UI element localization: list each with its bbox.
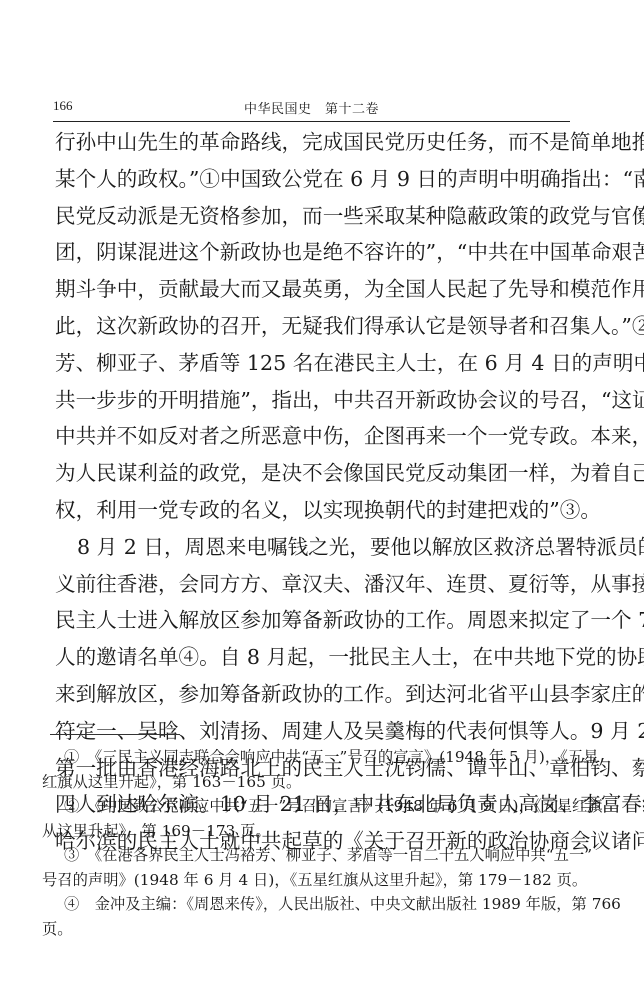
footnote-line: 页。	[42, 917, 572, 942]
footnote-line: ① 《三民主义同志联合会响应中共“五一”号召的宣言》(1948 年 5 月)，《…	[42, 745, 572, 770]
body-line: 共一步步的开明措施”，指出，中共召开新政协会议的号召，“这证明了	[55, 382, 572, 419]
footnote-line: 号召的声明》(1948 年 6 月 4 日)，《五星红旗从这里升起》，第 179…	[42, 868, 572, 893]
body-line: 某个人的政权。”①中国致公党在 6 月 9 日的声明中明确指出：“南京国	[55, 161, 572, 198]
running-title: 中华民国史 第十二卷	[53, 98, 570, 117]
body-line: 人的邀请名单④。自 8 月起，一批民主人士，在中共地下党的协助下，	[55, 639, 572, 676]
footnote-line: 红旗从这里升起》，第 163－165 页。	[42, 770, 572, 795]
body-line: 权，利用一党专政的名义，以实现换朝代的封建把戏的”③。	[55, 492, 572, 529]
body-line: 中共并不如反对者之所恶意中伤，企图再来一个一党专政。本来，一个	[55, 418, 572, 455]
page-header: 166 中华民国史 第十二卷	[53, 98, 570, 118]
body-line: 8 月 2 日，周恩来电嘱钱之光，要他以解放区救济总署特派员的名	[55, 529, 572, 566]
footnote-line: ③ 《在港各界民主人士冯裕芳、柳亚子、茅盾等一百二十五人响应中共“五一”	[42, 843, 572, 868]
body-line: 期斗争中，贡献最大而又最英勇，为全国人民起了先导和模范作用，因	[55, 271, 572, 308]
body-line: 义前往香港，会同方方、章汉夫、潘汉年、连贯、夏衍等，从事接送在港的	[55, 566, 572, 603]
body-line: 民主人士进入解放区参加筹备新政协的工作。周恩来拟定了一个 77	[55, 602, 572, 639]
scan-speck: ˎˏ	[512, 826, 519, 837]
body-line: 行孙中山先生的革命路线，完成国民党历史任务，而不是简单地推翻某	[55, 124, 572, 161]
footnote-rule	[50, 734, 180, 735]
footnote-line: ④ 金冲及主编：《周恩来传》，人民出版社、中央文献出版社 1989 年版，第 7…	[42, 892, 572, 917]
book-page: 166 中华民国史 第十二卷 行孙中山先生的革命路线，完成国民党历史任务，而不是…	[0, 0, 644, 1000]
body-line: 此，这次新政协的召开，无疑我们得承认它是领导者和召集人。”②冯裕	[55, 308, 572, 345]
body-line: 为人民谋利益的政党，是决不会像国民党反动集团一样，为着自己的特	[55, 455, 572, 492]
header-rule	[53, 121, 570, 122]
body-line: 团，阴谋混进这个新政协也是绝不容许的”，“中共在中国革命艰苦而长	[55, 234, 572, 271]
footnotes: ① 《三民主义同志联合会响应中共“五一”号召的宣言》(1948 年 5 月)，《…	[42, 745, 572, 941]
body-line: 芳、柳亚子、茅盾等 125 名在港民主人士，在 6 月 4 日的声明中赞扬“中	[55, 345, 572, 382]
body-line: 民党反动派是无资格参加，而一些采取某种隐蔽政策的政党与官僚集	[55, 198, 572, 235]
footnote-line: 从这里升起》，第 169－173 页。	[42, 819, 572, 844]
body-line: 来到解放区，参加筹备新政协的工作。到达河北省平山县李家庄的有	[55, 676, 572, 713]
footnote-line: ② 《中国致公党响应中共“五一”号召的宣言》(1948 年 6 月 9 日)，《…	[42, 794, 572, 819]
